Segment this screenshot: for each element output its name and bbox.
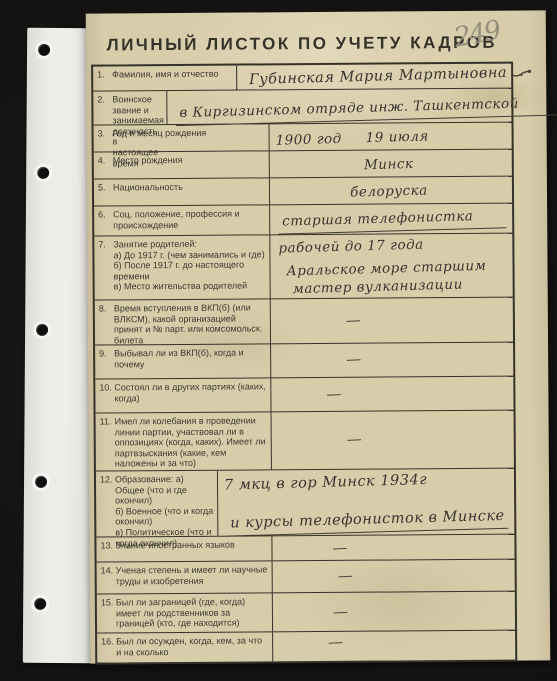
form-row-16: 16. Был ли осужден, когда, кем, за что и… <box>97 630 515 663</box>
field-label-text: Имел ли колебания в проведении линии пар… <box>115 415 268 468</box>
field-label-text: Был ли осужден, когда, кем, за что и на … <box>116 635 269 660</box>
field-label-text: Образование: а) Общее (что и где окончил… <box>115 474 214 535</box>
field-number: 8. <box>99 303 114 342</box>
form-paper: 249 ЛИЧНЫЙ ЛИСТОК ПО УЧЕТУ КАДРОВ 1. Фам… <box>86 10 551 663</box>
field-value: Губинская Мария Мартыновна <box>236 64 511 90</box>
form-row-2: 2. Воинское звание и занимаемая должност… <box>93 88 511 125</box>
field-value: — <box>272 631 515 662</box>
punch-hole <box>34 598 46 610</box>
punch-hole <box>37 167 49 179</box>
handwritten-entry: 7 мкц в гор Минск 1934г <box>217 470 514 498</box>
field-number: 2. <box>97 94 112 122</box>
field-value: старшая телефонистка <box>269 204 512 235</box>
field-label-text: Состоял ли в других партиях (каких, когд… <box>114 381 267 410</box>
field-label-text: Знание иностранных языков <box>115 539 268 559</box>
field-label: 2. Воинское звание и занимаемая должност… <box>93 91 167 125</box>
field-label-text: Был ли заграницей (где, когда) имеет ли … <box>116 596 269 630</box>
field-label-text: Воинское звание и занимаемая должность в… <box>112 94 164 122</box>
field-number: 1. <box>97 69 112 88</box>
field-number: 6. <box>98 209 113 233</box>
field-value: — <box>271 535 514 561</box>
handwritten-dash: — <box>272 561 515 591</box>
field-value: Минск <box>269 150 512 178</box>
field-value: — <box>272 560 515 593</box>
field-label: 9. Выбывал ли из ВКП(б), когда и почему <box>95 344 270 378</box>
field-label-text: Год и месяц рождения <box>113 127 266 149</box>
handwritten-dash: — <box>273 596 516 626</box>
field-label: 5. Национальность <box>94 178 269 205</box>
field-label: 13. Знание иностранных языков <box>96 536 271 561</box>
handwritten-dash: — <box>271 345 514 375</box>
form-row-12: 12. Образование: а) Общее (что и где око… <box>96 468 514 537</box>
field-label-text: Время вступления в ВКП(б) (или ВЛКСМ), к… <box>114 302 267 342</box>
handwritten-entry: в Киргизинском отряде инж. Ташкентской <box>176 96 557 127</box>
field-value: белоруска <box>269 177 512 205</box>
field-number: 10. <box>99 382 114 410</box>
field-label: 11. Имел ли колебания в проведении линии… <box>96 412 271 470</box>
handwritten-dash: — <box>271 305 514 335</box>
field-label-text: Национальность <box>113 181 266 203</box>
handwritten-dash: — <box>271 425 514 455</box>
form-row-15: 15. Был ли заграницей (где, когда) имеет… <box>97 591 515 633</box>
field-label-text: Выбывал ли из ВКП(б), когда и почему <box>114 347 267 376</box>
field-number: 13. <box>100 540 115 559</box>
handwritten-dash: — <box>271 379 514 409</box>
field-number: 9. <box>99 348 114 376</box>
field-number: 16. <box>101 636 116 660</box>
field-value: рабочей до 17 года Аральское море старши… <box>269 234 512 299</box>
form-title: ЛИЧНЫЙ ЛИСТОК ПО УЧЕТУ КАДРОВ <box>91 33 513 56</box>
field-label: 12. Образование: а) Общее (что и где око… <box>96 471 217 537</box>
form-row-13: 13. Знание иностранных языков — <box>96 534 514 562</box>
scan-background: 249 ЛИЧНЫЙ ЛИСТОК ПО УЧЕТУ КАДРОВ 1. Фам… <box>0 0 557 681</box>
field-number: 5. <box>98 182 113 203</box>
field-value: — <box>270 343 513 378</box>
field-label-text: Ученая степень и имеет ли научные труды … <box>116 564 269 591</box>
field-label-text: Место рождения <box>113 154 266 176</box>
handwritten-entry: рабочей до 17 года <box>270 235 512 260</box>
field-value: — <box>270 298 513 344</box>
field-label: 4. Место рождения <box>94 151 269 178</box>
form-row-6: 6. Соц. положение, профессия и происхожд… <box>94 203 512 236</box>
field-value: — <box>272 592 515 632</box>
field-label: 8. Время вступления в ВКП(б) (или ВЛКСМ)… <box>95 299 270 344</box>
punch-hole <box>36 324 48 336</box>
field-label: 16. Был ли осужден, когда, кем, за что и… <box>97 632 272 662</box>
field-label-text: Соц. положение, профессия и происхождени… <box>113 208 266 233</box>
field-number: 15. <box>101 597 116 630</box>
handwritten-entry: старшая телефонистка <box>278 209 506 235</box>
form-row-7: 7. Занятие родителей: а) До 1917 г. (чем… <box>94 233 512 300</box>
field-value: 1900 год 19 июля <box>269 123 512 151</box>
field-label: 1. Фамилия, имя и отчество <box>93 66 236 91</box>
field-number: 7. <box>98 239 113 297</box>
field-number: 4. <box>98 155 113 176</box>
field-number: 12. <box>100 474 115 534</box>
field-label: 7. Занятие родителей: а) До 1917 г. (чем… <box>94 235 269 299</box>
form-row-1: 1. Фамилия, имя и отчество Губинская Мар… <box>93 64 511 91</box>
field-label: 6. Соц. положение, профессия и происхожд… <box>94 205 269 235</box>
field-number: 3. <box>98 128 113 149</box>
field-value: — <box>270 377 513 412</box>
field-label-text: Фамилия, имя и отчество <box>112 69 233 89</box>
field-label: 10. Состоял ли в других партиях (каких, … <box>95 378 270 412</box>
punch-hole <box>35 476 47 488</box>
field-number: 14. <box>101 565 116 591</box>
form-row-14: 14. Ученая степень и имеет ли научные тр… <box>97 559 515 594</box>
handwritten-dash: — <box>273 627 516 657</box>
field-label: 14. Ученая степень и имеет ли научные тр… <box>97 561 272 593</box>
form-row-4: 4. Место рождения Минск <box>94 149 512 179</box>
handwritten-dash: — <box>272 532 515 562</box>
handwritten-entry: и курсы телефонисток в Минске <box>226 508 509 537</box>
field-value: 7 мкц в гор Минск 1934г и курсы телефони… <box>216 469 514 536</box>
form-row-11: 11. Имел ли колебания в проведении линии… <box>96 410 514 471</box>
field-value: — <box>271 411 514 470</box>
form-row-8: 8. Время вступления в ВКП(б) (или ВЛКСМ)… <box>95 297 513 345</box>
form-row-10: 10. Состоял ли в других партиях (каких, … <box>95 376 513 413</box>
form-table: 1. Фамилия, имя и отчество Губинская Мар… <box>91 62 517 665</box>
field-label: 15. Был ли заграницей (где, когда) имеет… <box>97 593 272 632</box>
form-row-5: 5. Национальность белоруска <box>94 176 512 206</box>
field-label-text: Занятие родителей: а) До 1917 г. (чем за… <box>113 238 266 297</box>
field-value: в Киргизинском отряде инж. Ташкентской <box>167 89 530 125</box>
field-number: 11. <box>100 416 115 468</box>
field-label: 3. Год и месяц рождения <box>94 124 269 151</box>
form-row-9: 9. Выбывал ли из ВКП(б), когда и почему … <box>95 342 513 379</box>
form-row-3: 3. Год и месяц рождения 1900 год 19 июля <box>94 122 512 152</box>
punch-hole <box>38 44 50 56</box>
